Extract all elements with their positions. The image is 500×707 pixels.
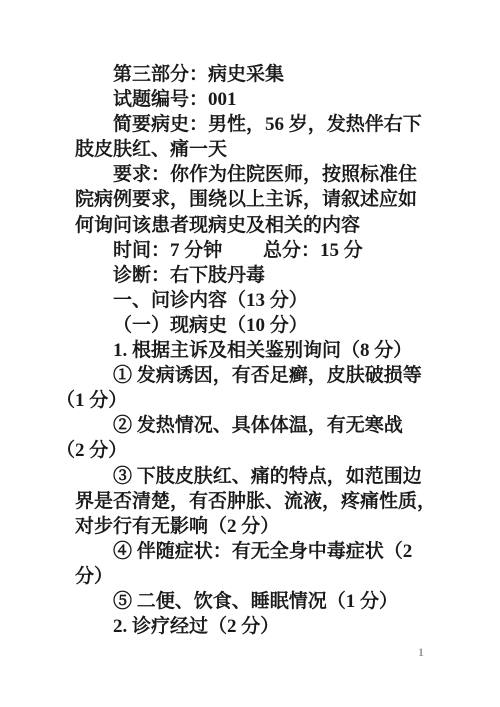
text-line: 第三部分：病史采集	[75, 62, 431, 87]
text-line: 时间：7 分钟总分：15 分	[75, 238, 431, 263]
text-line: 要求：你作为住院医师，按照标准住	[75, 162, 431, 187]
text-line: 分）	[75, 564, 431, 589]
text-line: 简要病史：男性，56 岁，发热伴右下	[75, 112, 431, 137]
text-line: ① 发病诱因，有否足癣，皮肤破损等	[75, 363, 431, 388]
text-line: （2 分）	[56, 438, 431, 463]
text-line: 诊断：右下肢丹毒	[75, 263, 431, 288]
document-content: 第三部分：病史采集试题编号：001简要病史：男性，56 岁，发热伴右下肢皮肤红、…	[75, 62, 431, 639]
text-line: 对步行有无影响（2 分）	[75, 514, 431, 539]
text-line: ② 发热情况、具体体温，有无寒战	[75, 413, 431, 438]
text-line: 院病例要求，围绕以上主诉，请叙述应如	[75, 187, 431, 212]
text-line: ④ 伴随症状：有无全身中毒症状（2	[75, 539, 431, 564]
time-limit-label: 时间：7 分钟	[113, 240, 222, 261]
text-line: 一、问诊内容（13 分）	[75, 288, 431, 313]
text-line: （1 分）	[56, 388, 431, 413]
text-line: 试题编号：001	[75, 87, 431, 112]
text-line: ③ 下肢皮肤红、痛的特点，如范围边	[75, 464, 431, 489]
text-line: （一）现病史（10 分）	[75, 313, 431, 338]
text-line: 何询问该患者现病史及相关的内容	[75, 213, 431, 238]
total-score-label: 总分：15 分	[263, 238, 363, 263]
text-line: 1. 根据主诉及相关鉴别询问（8 分）	[75, 338, 431, 363]
text-line: 界是否清楚，有否肿胀、流液，疼痛性质，	[75, 489, 431, 514]
document-page: 第三部分：病史采集试题编号：001简要病史：男性，56 岁，发热伴右下肢皮肤红、…	[0, 0, 500, 707]
text-line: ⑤ 二便、饮食、睡眠情况（1 分）	[75, 589, 431, 614]
text-line: 肢皮肤红、痛一天	[75, 137, 431, 162]
page-number: 1	[418, 645, 424, 660]
text-line: 2. 诊疗经过（2 分）	[75, 614, 431, 639]
